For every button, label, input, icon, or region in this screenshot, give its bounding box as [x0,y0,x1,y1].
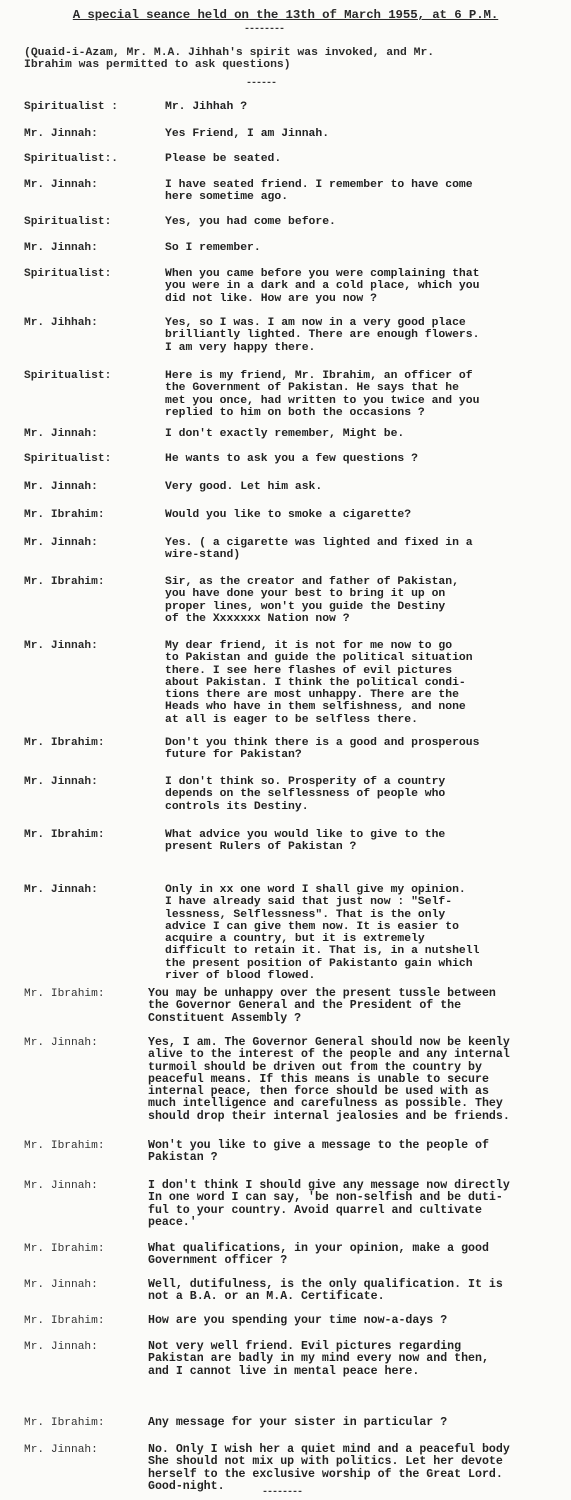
speaker-label: Mr. Jinnah: [24,1341,154,1353]
speech-text: Any message for your sister in particula… [148,1417,568,1429]
speech-text: Yes Friend, I am Jinnah. [165,128,565,140]
speech-text: Only in xx one word I shall give my opin… [165,884,565,982]
speech-text: How are you spending your time now-a-day… [148,1315,568,1327]
speaker-label: Mr. Ibrahim: [24,1243,154,1255]
speaker-label: Mr. Jinnah: [24,1037,154,1049]
speech-text: Won't you like to give a message to the … [148,1140,568,1165]
speaker-label: Spiritualist: [24,370,154,382]
speech-text: When you came before you were complainin… [165,268,565,305]
speech-text: Yes, so I was. I am now in a very good p… [165,317,565,354]
speech-text: Please be seated. [165,153,565,165]
speaker-label: Mr. Ibrahim: [24,576,154,588]
speech-text: Here is my friend, Mr. Ibrahim, an offic… [165,370,565,419]
speech-text: Sir, as the creator and father of Pakist… [165,576,565,625]
speaker-label: Spiritualist : [24,101,154,113]
title-divider: -------- [244,24,284,35]
speech-text: You may be unhappy over the present tuss… [148,988,568,1025]
speech-text: My dear friend, it is not for me now to … [165,640,565,726]
speech-text: No. Only I wish her a quiet mind and a p… [148,1444,568,1493]
typewritten-transcript-page: A special seance held on the 13th of Mar… [0,0,571,1500]
intro-divider: ------ [246,78,276,89]
speaker-label: Mr. Jinnah: [24,1279,154,1291]
speech-text: He wants to ask you a few questions ? [165,453,565,465]
end-divider: -------- [262,1487,302,1498]
speech-text: I don't think I should give any message … [148,1180,568,1229]
speaker-label: Mr. Jinnah: [24,537,154,549]
speaker-label: Mr. Jinnah: [24,428,154,440]
speaker-label: Spiritualist: [24,216,154,228]
speaker-label: Mr. Jihhah: [24,317,154,329]
intro-note: (Quaid-i-Azam, Mr. M.A. Jihhah's spirit … [24,47,544,71]
speech-text: Very good. Let him ask. [165,481,565,493]
speaker-label: Spiritualist: [24,453,154,465]
speaker-label: Mr. Jinnah: [24,242,154,254]
speaker-label: Mr. Ibrahim: [24,1140,154,1152]
speaker-label: Mr. Ibrahim: [24,1315,154,1327]
speaker-label: Mr. Ibrahim: [24,1417,154,1429]
speaker-label: Mr. Ibrahim: [24,509,154,521]
speaker-label: Mr. Ibrahim: [24,829,154,841]
speech-text: What advice you would like to give to th… [165,829,565,854]
speaker-label: Mr. Jinnah: [24,640,154,652]
speech-text: Don't you think there is a good and pros… [165,737,565,762]
speech-text: Yes, I am. The Governor General should n… [148,1037,568,1123]
speaker-label: Spiritualist:. [24,153,154,165]
speaker-label: Mr. Jinnah: [24,776,154,788]
speaker-label: Mr. Jinnah: [24,884,154,896]
speaker-label: Mr. Jinnah: [24,128,154,140]
speaker-label: Mr. Jinnah: [24,1180,154,1192]
speech-text: Yes. ( a cigarette was lighted and fixed… [165,537,565,562]
speech-text: Yes, you had come before. [165,216,565,228]
speaker-label: Mr. Ibrahim: [24,988,154,1000]
page-title: A special seance held on the 13th of Mar… [0,8,571,22]
speaker-label: Spiritualist: [24,268,154,280]
speech-text: Mr. Jihhah ? [165,101,565,113]
speaker-label: Mr. Jinnah: [24,179,154,191]
speaker-label: Mr. Jinnah: [24,1444,154,1456]
speech-text: Not very well friend. Evil pictures rega… [148,1341,568,1378]
speech-text: I have seated friend. I remember to have… [165,179,565,204]
speaker-label: Mr. Ibrahim: [24,737,154,749]
speech-text: Well, dutifulness, is the only qualifica… [148,1279,568,1304]
speech-text: I don't think so. Prosperity of a countr… [165,776,565,813]
speech-text: What qualifications, in your opinion, ma… [148,1243,568,1268]
speaker-label: Mr. Jinnah: [24,481,154,493]
speech-text: Would you like to smoke a cigarette? [165,509,565,521]
speech-text: I don't exactly remember, Might be. [165,428,565,440]
speech-text: So I remember. [165,242,565,254]
